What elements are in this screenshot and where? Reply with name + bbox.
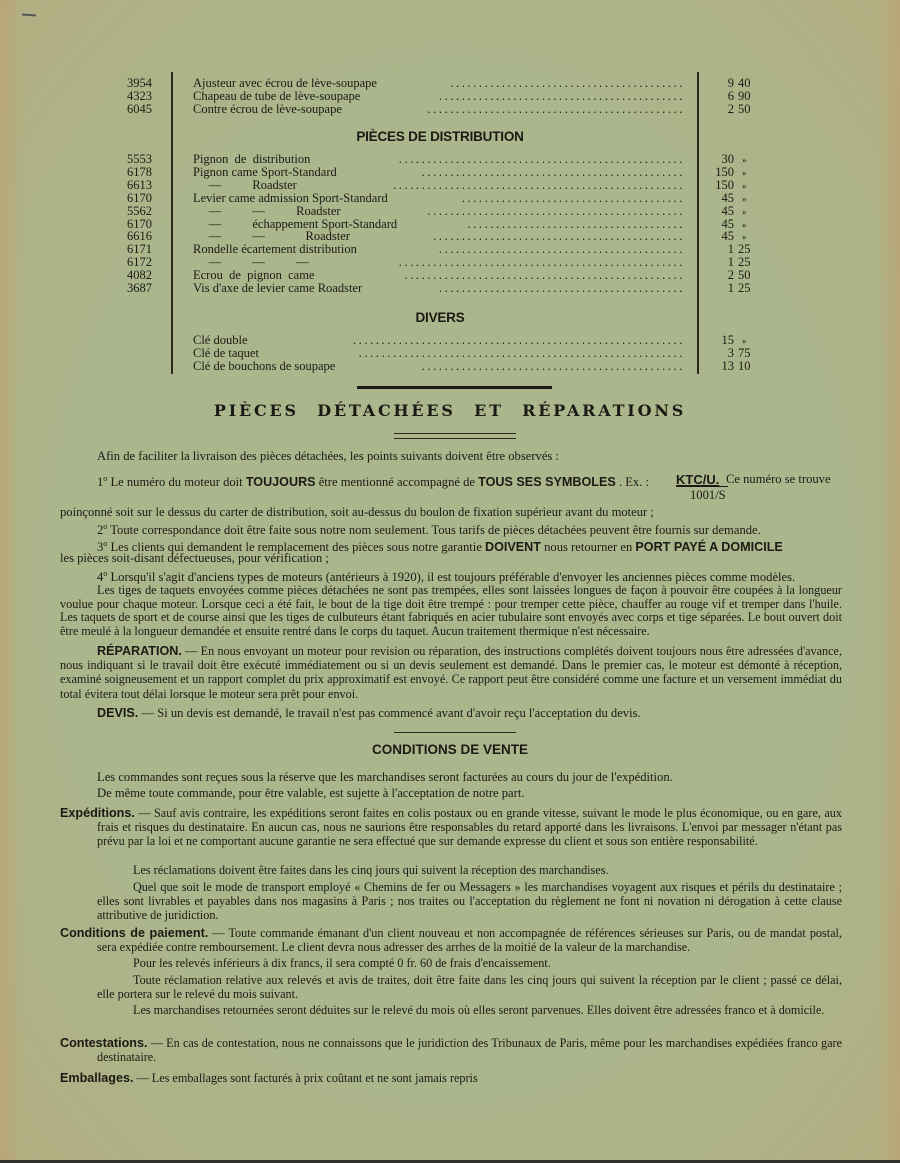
price-cents: 75: [734, 347, 758, 360]
part-description: Vis d'axe de levier came Roadster: [193, 282, 362, 295]
part-price: 250: [708, 103, 764, 116]
transport-paragraph: Quel que soit le mode de transport emplo…: [97, 880, 842, 923]
leader-dots: ........................................…: [393, 179, 685, 192]
price-cents: 90: [734, 90, 758, 103]
table-row: 6613 — Roadster.........................…: [0, 179, 900, 192]
part-price: 690: [708, 90, 764, 103]
point-1: 1o Le numéro du moteur doit TOUJOURS êtr…: [97, 472, 649, 489]
section-title-distribution: PIÈCES DE DISTRIBUTION: [170, 129, 710, 144]
section-title-divers: DIVERS: [170, 310, 710, 325]
retournees-paragraph: Les marchandises retournées seront dédui…: [97, 1003, 842, 1017]
releves-paragraph: Pour les relevés inférieurs à dix francs…: [133, 956, 551, 970]
tiges-paragraph: Les tiges de taquets envoyées comme pièc…: [60, 584, 842, 638]
price-francs: 2: [708, 103, 734, 116]
part-price: 940: [708, 77, 764, 90]
part-price: 45»: [708, 230, 764, 244]
devis-paragraph: DEVIS. — Si un devis est demandé, le tra…: [97, 706, 641, 720]
point-4: 4o Lorsqu'il s'agit d'anciens types de m…: [97, 567, 795, 584]
part-price: 1310: [708, 360, 764, 373]
price-cents: 50: [734, 103, 758, 116]
part-ref: 6178: [127, 166, 167, 179]
price-francs: 1: [708, 282, 734, 295]
corner-mark: [22, 14, 36, 17]
table-row: 6045Contre écrou de lève-soupape........…: [0, 103, 900, 116]
reclamations-paragraph: Les réclamations doivent être faites dan…: [133, 863, 609, 877]
part-description: Levier came admission Sport-Standard: [193, 192, 388, 205]
intro-paragraph: Afin de faciliter la livraison des pièce…: [97, 449, 559, 463]
fraction-bar: [676, 486, 728, 487]
reclamation-releves-paragraph: Toute réclamation relative aux relevés e…: [97, 973, 842, 1001]
divider-double: [394, 433, 516, 439]
leader-dots: ........................................…: [422, 166, 685, 179]
table-row: Clé de taquet...........................…: [0, 347, 900, 360]
part-ref: 6613: [127, 179, 167, 192]
emballages-paragraph: Emballages. — Les emballages sont factur…: [60, 1071, 478, 1085]
conditions-intro-1: Les commandes sont reçues sous la réserv…: [97, 770, 673, 784]
point-3-continued: les pièces soit-disant défectueuses, pou…: [60, 551, 329, 565]
part-ref: 6045: [127, 103, 167, 116]
point-2: 2o Toute correspondance doit être faite …: [97, 520, 761, 537]
part-description: Chapeau de tube de lève-soupape: [193, 90, 360, 103]
contestations-paragraph: Contestations. — En cas de contestation,…: [60, 1036, 842, 1064]
part-description: — Roadster: [193, 179, 297, 192]
part-price: 375: [708, 347, 764, 360]
divider-thick: [357, 386, 552, 389]
divider-double-2: [394, 732, 516, 734]
leader-dots: ........................................…: [439, 282, 685, 295]
price-cents: 25: [734, 282, 758, 295]
leader-dots: .......................................: [462, 192, 685, 205]
leader-dots: ........................................…: [427, 103, 685, 116]
page-title-pieces-detachees: PIÈCES DÉTACHÉES ET RÉPARATIONS: [0, 401, 900, 420]
part-price: 125: [708, 282, 764, 295]
leader-dots: ........................................…: [422, 360, 685, 373]
leader-dots: ........................................…: [439, 90, 685, 103]
price-francs: 13: [708, 360, 734, 373]
price-francs: 45: [708, 192, 734, 205]
table-row: 6170Levier came admission Sport-Standard…: [0, 192, 900, 205]
reparation-paragraph: RÉPARATION. — En nous envoyant un moteur…: [60, 644, 842, 701]
expeditions-paragraph: Expéditions. — Sauf avis contraire, les …: [60, 806, 842, 849]
part-price: 45»: [708, 192, 764, 206]
part-price: 15»: [708, 334, 764, 348]
part-ref: 6170: [127, 192, 167, 205]
leader-dots: ........................................…: [359, 347, 685, 360]
conditions-de-vente-title: CONDITIONS DE VENTE: [0, 742, 900, 757]
part-ref: 4323: [127, 90, 167, 103]
price-cents: 10: [734, 360, 758, 373]
point-1-continued: poinçonné soit sur le dessus du carter d…: [60, 505, 654, 519]
part-description: — — Roadster: [193, 205, 341, 218]
part-ref: 5562: [127, 205, 167, 218]
price-francs: 6: [708, 90, 734, 103]
part-price: 45»: [708, 205, 764, 219]
table-row: 5562 — — Roadster.......................…: [0, 205, 900, 218]
price-francs: 150: [708, 166, 734, 179]
table-row: 4323Chapeau de tube de lève-soupape.....…: [0, 90, 900, 103]
catalog-page: 3954Ajusteur avec écrou de lève-soupape.…: [0, 0, 900, 1163]
table-row: 6178Pignon came Sport-Standard..........…: [0, 166, 900, 179]
price-francs: 45: [708, 205, 734, 218]
engine-number-example: KTC/U.: [676, 472, 719, 487]
leader-dots: ........................................…: [427, 205, 685, 218]
point-1-end: Ce numéro se trouve: [726, 472, 831, 486]
part-price: 45»: [708, 218, 764, 232]
part-price: 250: [708, 269, 764, 282]
price-francs: 3: [708, 347, 734, 360]
table-row: 3687Vis d'axe de levier came Roadster...…: [0, 282, 900, 295]
conditions-intro-2: De même toute commande, pour être valabl…: [97, 786, 524, 800]
part-price: 125: [708, 256, 764, 269]
part-description: Contre écrou de lève-soupape: [193, 103, 342, 116]
table-row: Clé de bouchons de soupape..............…: [0, 360, 900, 373]
paiement-paragraph: Conditions de paiement. — Toute commande…: [60, 926, 842, 954]
part-ref: 3687: [127, 282, 167, 295]
price-francs: 150: [708, 179, 734, 192]
part-description: Clé de taquet: [193, 347, 259, 360]
part-price: 125: [708, 243, 764, 256]
engine-number-example-denominator: 1001/S: [690, 488, 726, 503]
part-description: Pignon came Sport-Standard: [193, 166, 337, 179]
part-description: Clé de bouchons de soupape: [193, 360, 335, 373]
part-price: 150»: [708, 179, 764, 193]
